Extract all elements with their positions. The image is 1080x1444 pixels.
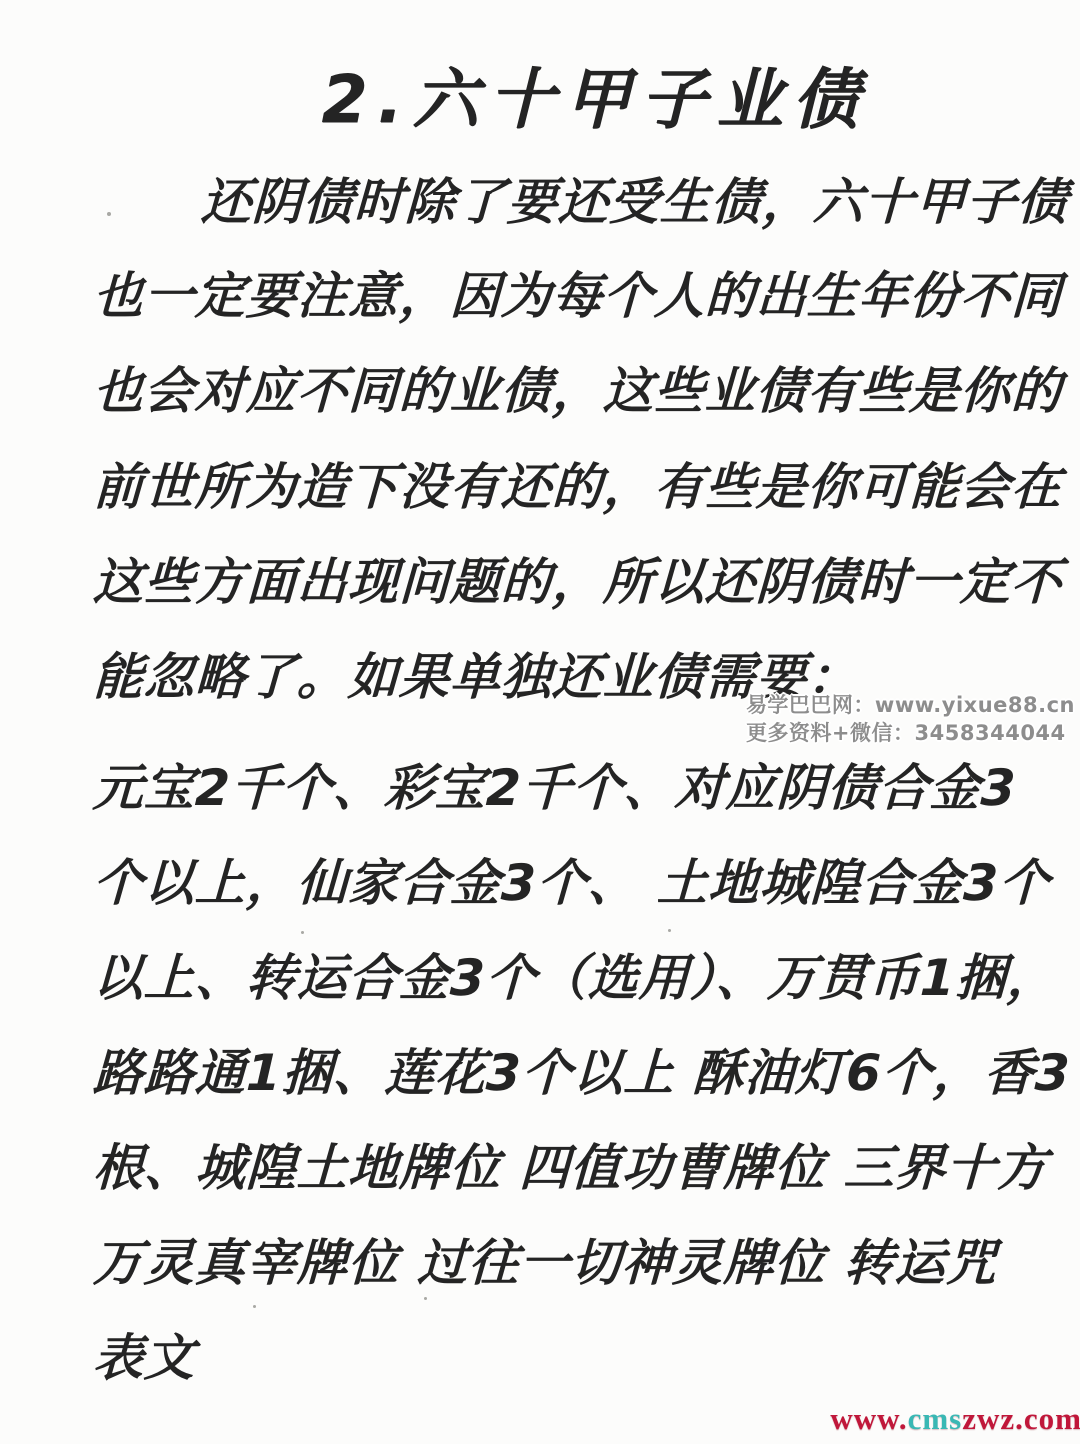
- scan-speck: [107, 212, 111, 216]
- handwritten-line: 元宝2千个、彩宝2千个、对应阴债合金3: [92, 748, 1018, 820]
- scanned-document-page: 2.六十甲子业债 还阴债时除了要还受生债，六十甲子债 也一定要注意，因为每个人的…: [0, 0, 1080, 1444]
- handwritten-line: 以上、转运合金3个（选用）、万贯币1捆，: [92, 938, 1059, 1010]
- scan-speck: [301, 931, 304, 934]
- handwritten-line: 能忽略了。如果单独还业债需要：: [92, 637, 860, 709]
- watermark-url-segment: zwz.com: [962, 1401, 1080, 1436]
- page-title: 2.六十甲子业债: [110, 46, 1080, 141]
- handwritten-line: 前世所为造下没有还的，有些是你可能会在: [92, 447, 1064, 519]
- watermark-yixue-site: 易学巴巴网：www.yixue88.cn 更多资料+微信：3458344044: [746, 691, 1075, 747]
- handwritten-line: 还阴债时除了要还受生债，六十甲子债: [92, 162, 1070, 234]
- scan-speck: [424, 1297, 427, 1300]
- watermark-cmszwz-url: www.cmszwz.com: [830, 1401, 1080, 1437]
- handwritten-line: 这些方面出现问题的，所以还阴债时一定不: [92, 542, 1064, 614]
- watermark-url-segment: www.: [830, 1401, 907, 1436]
- handwritten-line: 表文: [92, 1318, 197, 1390]
- watermark-site-line2: 更多资料+微信：3458344044: [746, 719, 1075, 747]
- handwritten-line: 根、城隍土地牌位 四值功曹牌位 三界十方: [92, 1128, 1049, 1200]
- handwritten-line: 也会对应不同的业债，这些业债有些是你的: [92, 351, 1064, 423]
- handwritten-line: 也一定要注意，因为每个人的出生年份不同: [92, 256, 1064, 328]
- scan-speck: [253, 1305, 256, 1308]
- handwritten-line: 路路通1捆、莲花3个以上 酥油灯6个，香3: [92, 1033, 1072, 1105]
- scan-speck: [668, 929, 671, 932]
- watermark-site-line1: 易学巴巴网：www.yixue88.cn: [746, 691, 1075, 719]
- handwritten-line: 个以上，仙家合金3个、 土地城隍合金3个: [92, 843, 1052, 915]
- handwritten-line: 万灵真宰牌位 过往一切神灵牌位 转运咒: [92, 1223, 998, 1295]
- watermark-url-segment: cms: [908, 1401, 963, 1436]
